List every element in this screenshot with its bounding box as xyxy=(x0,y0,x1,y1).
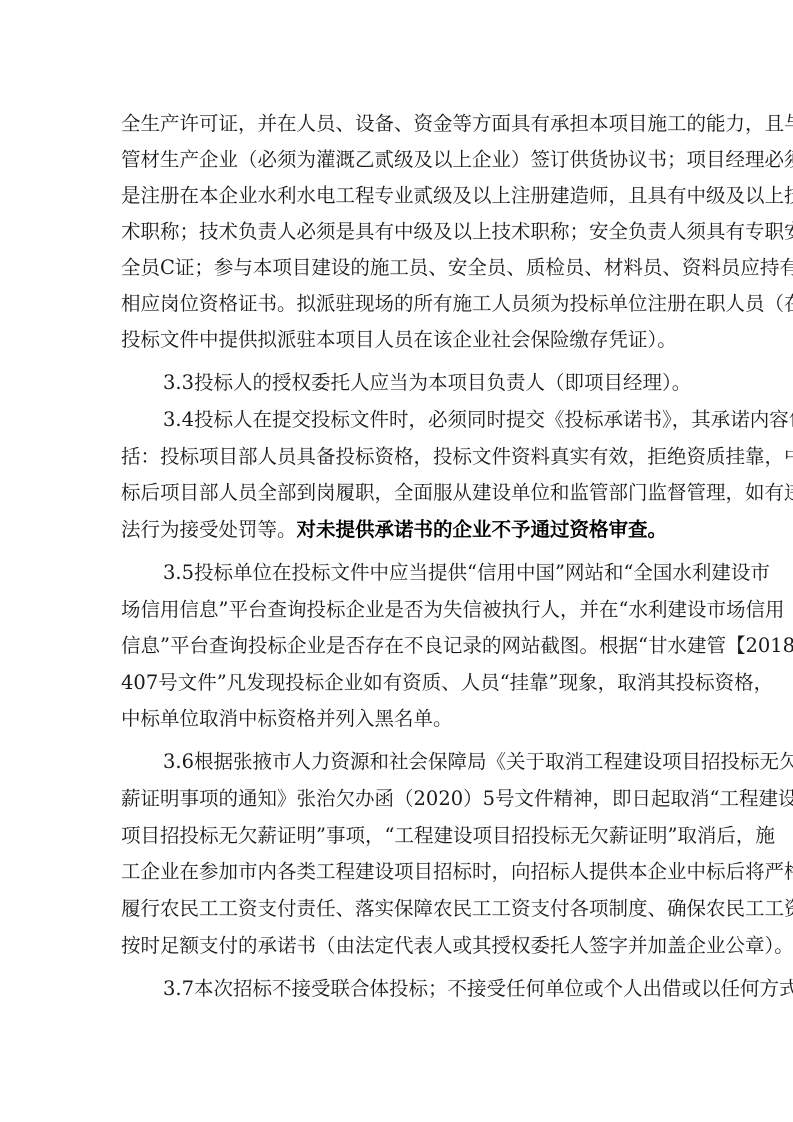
text-line: 标后项目部人员全部到岗履职，全面服从建设单位和监管部门监督管理，如有违 xyxy=(121,481,672,505)
text-line: 括：投标项目部人员具备投标资格，投标文件资料真实有效，拒绝资质挂靠，中 xyxy=(121,445,672,469)
text-line: 全生产许可证，并在人员、设备、资金等方面具有承担本项目施工的能力，且与 xyxy=(121,112,672,136)
text-line: 407号文件”凡发现投标企业如有资质、人员“挂靠”现象，取消其投标资格， xyxy=(121,671,672,695)
text-line: 术职称；技术负责人必须是具有中级及以上技术职称；安全负责人须具有专职安 xyxy=(121,220,672,244)
clause-3-3: 3.3投标人的授权委托人应当为本项目负责人（即项目经理）。 xyxy=(163,371,672,395)
text-line: 投标文件中提供拟派驻本项目人员在该企业社会保险缴存凭证）。 xyxy=(121,328,672,352)
clause-3-6: 3.6根据张掖市人力资源和社会保障局《关于取消工程建设项目招投标无欠 xyxy=(163,750,672,774)
text-segment: 法行为接受处罚等。 xyxy=(121,518,297,541)
text-line: 履行农民工工资支付责任、落实保障农民工工资支付各项制度、确保农民工工资 xyxy=(121,897,672,921)
text-line: 法行为接受处罚等。对未提供承诺书的企业不予通过资格审查。 xyxy=(121,518,672,542)
text-line: 工企业在参加市内各类工程建设项目招标时，向招标人提供本企业中标后将严格 xyxy=(121,860,672,884)
text-line: 全员C证；参与本项目建设的施工员、安全员、质检员、材料员、资料员应持有 xyxy=(121,256,672,280)
text-line: 按时足额支付的承诺书（由法定代表人或其授权委托人签字并加盖企业公章）。 xyxy=(121,934,672,958)
text-line: 管材生产企业（必须为灌溉乙贰级及以上企业）签订供货协议书；项目经理必须 xyxy=(121,148,672,172)
text-line: 场信用信息”平台查询投标企业是否为失信被执行人，并在“水利建设市场信用 xyxy=(121,598,672,622)
clause-3-5: 3.5投标单位在投标文件中应当提供“信用中国”网站和“全国水利建设市 xyxy=(163,561,672,585)
text-line: 中标单位取消中标资格并列入黑名单。 xyxy=(121,707,672,731)
text-line: 项目招投标无欠薪证明”事项，“工程建设项目招投标无欠薪证明”取消后，施 xyxy=(121,824,672,848)
text-line: 薪证明事项的通知》张治欠办函（2020）5号文件精神，即日起取消“工程建设 xyxy=(121,787,672,811)
clause-3-4: 3.4投标人在提交投标文件时，必须同时提交《投标承诺书》，其承诺内容包 xyxy=(163,408,672,432)
text-line: 是注册在本企业水利水电工程专业贰级及以上注册建造师，且具有中级及以上技 xyxy=(121,184,672,208)
bold-notice: 对未提供承诺书的企业不予通过资格审查。 xyxy=(297,518,668,541)
text-line: 信息”平台查询投标企业是否存在不良记录的网站截图。根据“甘水建管【2018】 xyxy=(121,634,672,658)
document-page: 全生产许可证，并在人员、设备、资金等方面具有承担本项目施工的能力，且与 管材生产… xyxy=(0,0,793,1122)
text-line: 相应岗位资格证书。拟派驻现场的所有施工人员须为投标单位注册在职人员（在 xyxy=(121,292,672,316)
clause-3-7: 3.7本次招标不接受联合体投标；不接受任何单位或个人出借或以任何方式 xyxy=(163,977,672,1001)
